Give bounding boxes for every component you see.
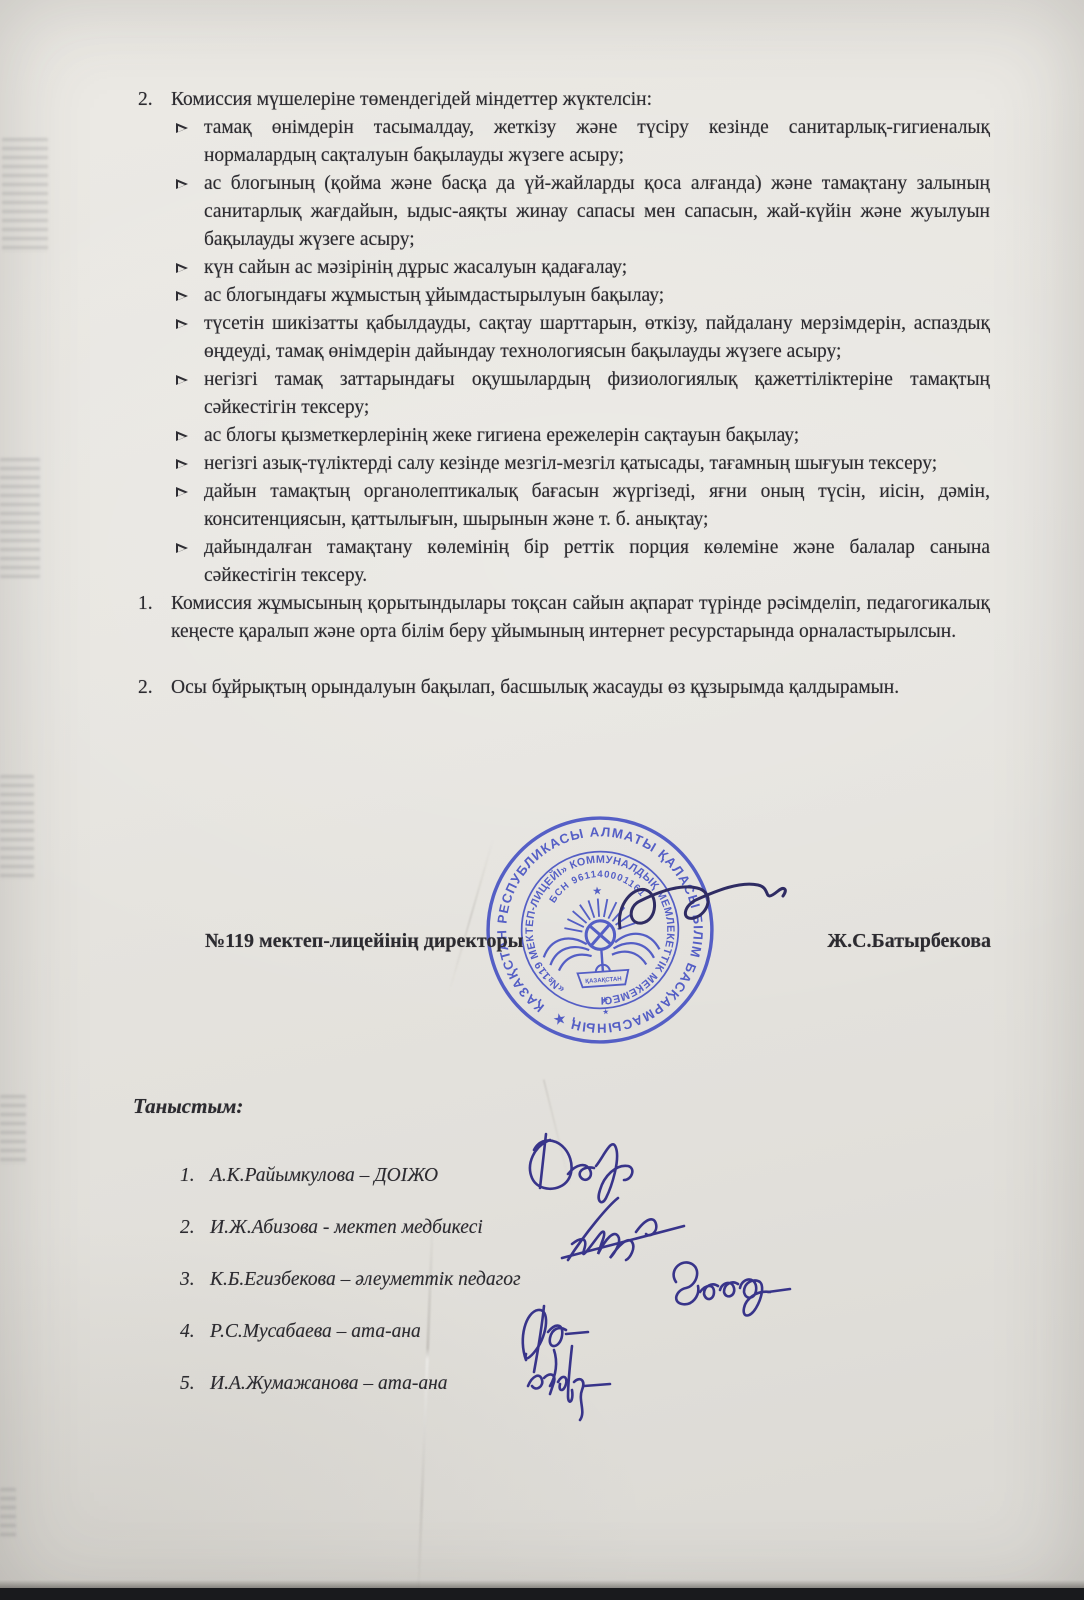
scanned-document-page: 2. Комиссия мүшелеріне төмендегідей мінд…	[0, 0, 1084, 1600]
arrowhead-right-icon	[174, 310, 204, 338]
arrowhead-right-icon	[174, 254, 204, 282]
bleedthrough-mark	[0, 1095, 26, 1165]
bleedthrough-mark	[0, 1488, 16, 1538]
duty-text: дайын тамақтың органолептикалық бағасын …	[204, 478, 990, 534]
desk-edge	[0, 1588, 1084, 1600]
duty-text: негізгі тамақ заттарындағы оқушылардың ф…	[204, 366, 990, 422]
duty-item: ас блогы қызметкерлерінің жеке гигиена е…	[174, 422, 990, 450]
duty-text: негізгі азық-түліктерді салу кезінде мез…	[204, 450, 937, 478]
duty-text: ас блогындағы жұмыстың ұйымдастырылуын б…	[204, 282, 664, 310]
ack-number: 4.	[180, 1318, 210, 1346]
duty-text: күн сайын ас мәзірінің дұрыс жасалуын қа…	[204, 254, 627, 282]
stamp-star-icon: ★	[600, 995, 609, 1006]
ack-number: 5.	[180, 1370, 210, 1398]
ack-text: К.Б.Егизбекова – әлеуметтік педагог	[210, 1266, 700, 1294]
duty-item: түсетін шикізатты қабылдауды, сақтау шар…	[174, 310, 990, 366]
arrowhead-right-icon	[174, 534, 204, 562]
director-signature-row: №119 мектеп-лицейінің директоры Ж.С.Баты…	[205, 927, 991, 955]
closing-text: Осы бұйрықтың орындалуын бақылап, басшыл…	[171, 674, 990, 702]
ack-item: 3. К.Б.Егизбекова – әлеуметтік педагог	[180, 1266, 700, 1294]
duty-item: негізгі азық-түліктерді салу кезінде мез…	[174, 450, 990, 478]
document-body: 2. Комиссия мүшелеріне төмендегідей мінд…	[138, 86, 990, 702]
closing-item-2: 2. Осы бұйрықтың орындалуын бақылап, бас…	[138, 674, 990, 702]
arrowhead-right-icon	[174, 170, 204, 198]
bleedthrough-mark	[0, 775, 34, 880]
order-heading: 2. Комиссия мүшелеріне төмендегідей мінд…	[138, 86, 990, 114]
arrowhead-right-icon	[174, 450, 204, 478]
bleedthrough-mark	[0, 458, 40, 578]
duties-list: тамақ өнімдерін тасымалдау, жеткізу және…	[138, 114, 990, 590]
ack-number: 1.	[180, 1162, 210, 1190]
closing-number: 1.	[138, 590, 171, 646]
ack-number: 3.	[180, 1266, 210, 1294]
signature-ack-3	[648, 1242, 796, 1330]
duty-item: негізгі тамақ заттарындағы оқушылардың ф…	[174, 366, 990, 422]
bleedthrough-mark	[2, 138, 48, 253]
emblem-star-icon: ★	[592, 885, 603, 898]
acknowledged-heading: Таныстым:	[133, 1094, 243, 1119]
ack-number: 2.	[180, 1214, 210, 1242]
duty-text: дайындалған тамақтану көлемінің бір ретт…	[204, 534, 990, 590]
duty-item: ас блогындағы жұмыстың ұйымдастырылуын б…	[174, 282, 990, 310]
director-title: №119 мектеп-лицейінің директоры	[205, 927, 523, 955]
duty-item: дайын тамақтың органолептикалық бағасын …	[174, 478, 990, 534]
arrowhead-right-icon	[174, 114, 204, 142]
duty-item: күн сайын ас мәзірінің дұрыс жасалуын қа…	[174, 254, 990, 282]
stamp-star-icon: ★	[602, 1007, 610, 1016]
duty-text: түсетін шикізатты қабылдауды, сақтау шар…	[204, 310, 990, 366]
duty-text: тамақ өнімдерін тасымалдау, жеткізу және…	[204, 114, 990, 170]
closing-text: Комиссия жұмысының қорытындылары тоқсан …	[171, 590, 990, 646]
arrowhead-right-icon	[174, 366, 204, 394]
duty-item: ас блогының (қойма және басқа да үй-жайл…	[174, 170, 990, 254]
closing-item-1: 1. Комиссия жұмысының қорытындылары тоқс…	[138, 590, 990, 646]
arrowhead-right-icon	[174, 282, 204, 310]
director-name: Ж.С.Батырбекова	[827, 927, 991, 955]
order-heading-text: Комиссия мүшелеріне төмендегідей міндетт…	[171, 86, 990, 114]
paper-bottom-shadow	[0, 1580, 1084, 1588]
closing-number: 2.	[138, 674, 171, 702]
duty-text: ас блогы қызметкерлерінің жеке гигиена е…	[204, 422, 799, 450]
duty-item: тамақ өнімдерін тасымалдау, жеткізу және…	[174, 114, 990, 170]
arrowhead-right-icon	[174, 478, 204, 506]
arrowhead-right-icon	[174, 422, 204, 450]
order-heading-number: 2.	[138, 86, 171, 114]
stamp-banner-text: ҚАЗАҚСТАН	[585, 976, 622, 986]
duty-item: дайындалған тамақтану көлемінің бір ретт…	[174, 534, 990, 590]
duty-text: ас блогының (қойма және басқа да үй-жайл…	[204, 170, 990, 254]
signature-ack-5	[518, 1338, 633, 1426]
